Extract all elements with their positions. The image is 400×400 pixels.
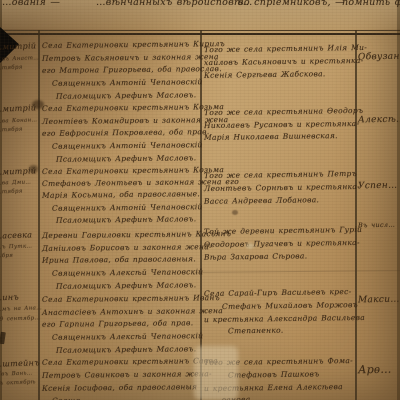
witness-line: Того же села крестьянина Өеодоръ <box>204 106 363 117</box>
margin-note-line: Ивъ Вань… <box>0 370 33 377</box>
witness-line: Стефанъ Михайловъ Моржовъ <box>222 300 358 311</box>
entry-main-line: Ирина Павлова, оба православныя. <box>42 254 196 265</box>
entry-clergy-line: Священникъ Антоній Чепановскій <box>52 140 203 151</box>
entry-main-line: Петровъ Савинковъ и законная жена- <box>42 369 212 380</box>
witness-line: Леонтьевъ Сорнѣвъ и крестьянка- <box>204 182 360 193</box>
entry-main-line: Анастасіевъ Антохинъ и законная жена <box>42 306 223 317</box>
witness-line: Села Сарай-Гиръ Васильевъ крес- <box>204 287 352 298</box>
entry-clergy-line: Псаломщикъ Арефинъ Масловъ. <box>56 90 196 100</box>
margin-note-line: …тября <box>0 127 23 134</box>
corner-note: Обвузан… <box>358 52 400 63</box>
witness-line: Того же села крестьянинъ Илія Ми- <box>204 43 367 54</box>
witness-line: Өеодоровъ Пугачевъ и крестьянка- <box>204 238 360 249</box>
entry-main-line: Марія Косьмина, оба православные. <box>42 189 200 200</box>
margin-note-name: …инъ <box>0 293 19 303</box>
entry-main-line: Села Екатериновки крестьянинъ Савва <box>42 356 218 367</box>
margin-note-line: …ъ Путк… <box>0 243 32 250</box>
margin-note-line: …тября <box>0 189 23 196</box>
margin-note-name: …митрій <box>0 166 36 176</box>
entry-clergy-line: Священникъ Антоній Чепановскій <box>52 77 203 88</box>
entry-main-line: его Гарпина Григорьева, оба прав. <box>42 318 193 329</box>
ink-speck <box>232 210 238 215</box>
header-fragment: помнить ф… <box>342 0 400 8</box>
entry-main-line: его Матрона Григорьева, оба православ. <box>42 64 222 75</box>
witness-line: Васса Андреева Лобанова. <box>204 195 319 206</box>
entry-clergy-line: Свяще… <box>52 396 88 400</box>
witness-line: Вѣра Захарова Сѣрова. <box>204 251 307 261</box>
entry-clergy-line: Священникъ Алексѣй Чепановскій <box>52 331 203 342</box>
entry-main-line: Деревни Гавриловки крестьянинъ Касьянъ <box>42 229 231 240</box>
entry-main-line: Села Екатериновки крестьянинъ Кирилъ <box>42 39 225 50</box>
witness-line: Ксенія Сергѣева Жабскова. <box>204 69 326 80</box>
worn-paper-patch <box>194 346 238 400</box>
entry-clergy-line: Псаломщикъ Арефинъ Масловъ. <box>56 344 196 354</box>
manuscript-page: …ованія — …вѣнчанныхъ вѣроисповѣ… во спр… <box>0 0 400 400</box>
margin-note-line: …въ Анаст… <box>0 55 39 62</box>
witness-line: хайловъ Касьяновичъ и крестьянка- <box>204 56 364 67</box>
corner-note: Успен… <box>358 181 398 192</box>
entry-clergy-line: Псаломщикъ Арефинъ Масловъ. <box>56 280 196 290</box>
entry-main-line: его Евфросинія Покровлева, оба прав. <box>42 127 210 138</box>
corner-note: Арѳ… <box>358 363 392 377</box>
paper-crease <box>195 270 400 273</box>
entry-main-line: Села Екатериновки крестьянинъ Козьма <box>42 165 224 176</box>
entry-main-line: Села Екатериновки крестьянинъ Иванъ <box>42 293 220 304</box>
corner-note: Макси… <box>358 295 400 306</box>
margin-note-line: …ва Дми… <box>0 179 31 186</box>
margin-note-name: …асевка <box>0 230 32 240</box>
witness-line: Стефановъ Пашковъ <box>228 369 320 379</box>
entry-main-line: Даніиловъ Борисовъ и законная жена- <box>42 242 212 253</box>
edge-ink-mark <box>0 332 6 345</box>
entry-clergy-line: Псаломщикъ Арефинъ Масловъ. <box>56 214 196 224</box>
margin-note-line: …тября <box>0 65 23 72</box>
margin-note-line: 29 сентябр… <box>0 315 40 323</box>
witness-line: Той же деревни крестьянинъ Гурій <box>204 225 362 236</box>
entry-main-line: Петровъ Касьяновичъ и законная жена <box>42 52 219 63</box>
header-fragment: …вѣнчанныхъ вѣроисповѣ… <box>96 0 253 8</box>
witness-line: Того же села крестьянинъ Петръ <box>204 169 357 180</box>
entry-clergy-line: Священникъ Антоній Чепановскій <box>52 202 203 213</box>
header-fragment: …ованія — <box>2 0 60 8</box>
margin-note-line: …мъ на Ана… <box>0 305 42 313</box>
margin-note-name: …митрій <box>0 103 36 113</box>
entry-clergy-line: Псаломщикъ Арефинъ Масловъ. <box>56 153 196 163</box>
witness-line: Степаненко. <box>228 326 284 336</box>
entry-main-line: Ксенія Іосифова, оба православныя <box>42 382 197 393</box>
margin-note-name: …митрій <box>0 41 36 51</box>
margin-note-name: …штейнъ <box>0 358 40 369</box>
header-fragment: во спріемниковъ, — <box>238 0 345 8</box>
margin-note-line: въ октябрѣ <box>0 379 36 386</box>
column-rule-margin <box>38 30 40 400</box>
entry-clergy-line: Священникъ Алексѣй Чепановскій <box>52 267 203 278</box>
corner-note: Алексѣ… <box>358 115 400 126</box>
margin-note-line: …ва Конан… <box>0 117 37 124</box>
witness-line: Николаевъ Русановъ и крестьянка- <box>204 119 360 130</box>
witness-line: и крестьянка Александра Васильева <box>204 313 365 324</box>
corner-note: Въ числ… <box>358 221 395 230</box>
margin-note-line: …бря <box>0 253 13 260</box>
witness-line: Марія Николаева Вишневская. <box>204 131 338 142</box>
entry-main-line: Села Екатериновки крестьянинъ Козьма <box>42 102 224 113</box>
column-rule-right <box>355 30 357 400</box>
